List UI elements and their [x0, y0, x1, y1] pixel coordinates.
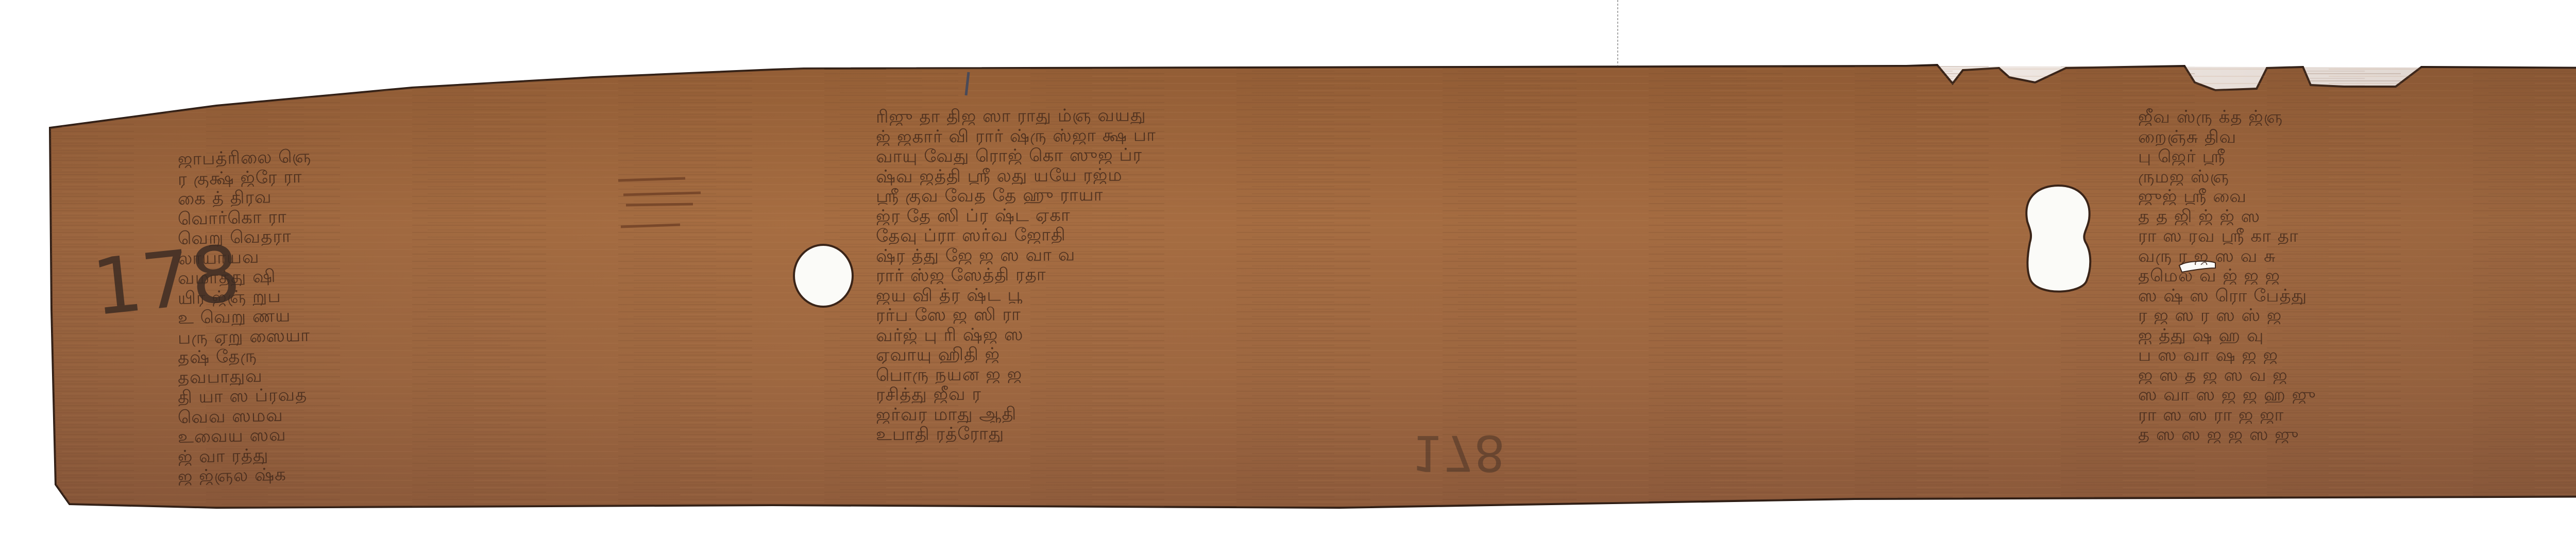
manuscript-text-line: றைஞ்சு திவ [2138, 128, 2576, 146]
manuscript-text-line: ஜீவ ஸ்ரு க்த ஜ்ஞ [2138, 108, 2576, 126]
manuscript-text-line: ஜ ஸ த ஜ ஸ வ ஜ [2138, 366, 2576, 384]
manuscript-text-line: பு ஜெர் ஸ்ரீ [2138, 148, 2576, 165]
manuscript-text-line: ரா ஸ ரவ ஸ்ரீ கா தா [2138, 227, 2576, 245]
string-hole-left [794, 245, 853, 307]
handwritten-folio-number-bottom: 178 [1412, 428, 1505, 477]
manuscript-text-line: ஸ ஷ் ஸ ரொ பேத்து [2138, 287, 2576, 305]
manuscript-text-line: த த ஜி ஜ் ஜ் ஸ [2138, 208, 2576, 225]
handwritten-folio-number-left: 178 [89, 235, 244, 327]
manuscript-text-line: ஸ வா ஸ ஜ ஜ ஹ ஜு [2138, 386, 2576, 404]
string-hole-right [2026, 186, 2090, 292]
manuscript-text-line: தமெல வ ஜ் ஜ ஜ [2138, 267, 2576, 285]
manuscript-text-line: ருமஜ ஸ்ஞ [2138, 168, 2576, 186]
manuscript-text-line: வரு ர ஜ ஸ வ சு [2138, 247, 2576, 265]
manuscript-text-line: ர ஜ ஸ ர ஸ ஸ் ஜ [2138, 307, 2576, 324]
manuscript-text-line: ஐ த்து ஷ ஹ வு [2138, 327, 2576, 344]
manuscript-text-line: ப ஸ வா ஷ ஜ ஜ [2138, 346, 2576, 364]
manuscript-text-line: ஜுஜ் ஸ்ரீ வை [2138, 188, 2576, 205]
manuscript-text-line: த ஸ ஸ ஜ ஜ ஸ ஜு [2138, 426, 2576, 443]
manuscript-text-line: ரா ஸ ஸ ரா ஜ ஜா [2138, 406, 2576, 424]
